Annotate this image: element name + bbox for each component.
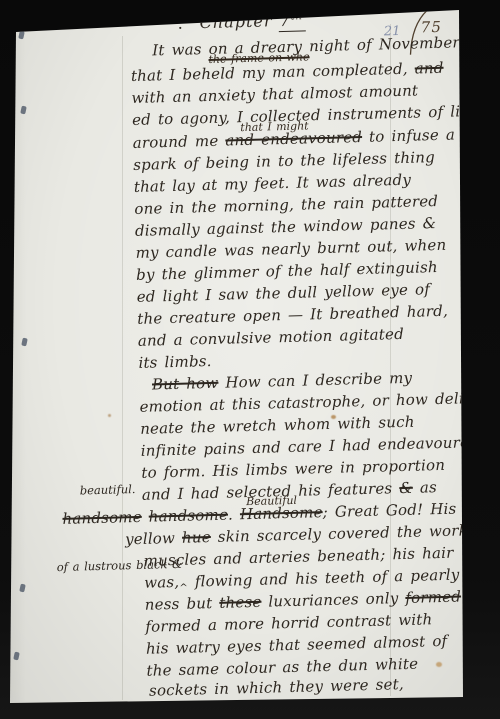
- text-segment: was,: [144, 573, 180, 592]
- deleted-text-segment: formed: [405, 588, 461, 607]
- manuscript-line: muscles and arteries beneath; his hair: [143, 544, 453, 570]
- text-segment: luxuriances only: [261, 589, 405, 611]
- manuscript-line: emotion at this catastrophe, or how deli: [139, 389, 464, 415]
- deleted-text-segment: and endeavoured: [225, 128, 362, 150]
- deleted-text-segment: and: [415, 59, 444, 78]
- text-segment: spark of being in to the lifeless thing: [133, 148, 435, 174]
- manuscript-page: .Chapter 7th 21 75 It was on a dreary ni…: [0, 0, 500, 719]
- manuscript-line: spark of being in to the lifeless thing: [133, 148, 435, 174]
- manuscript-line: one in the morning, the rain pattered: [134, 192, 438, 218]
- text-segment: its limbs.: [138, 352, 212, 372]
- text-segment: to infuse a: [362, 126, 455, 146]
- text-segment: dismally against the window panes &: [135, 214, 437, 240]
- manuscript-text: It was on a dreary night of Novemberthe …: [0, 0, 499, 3]
- margin-note: of a lustrous black &: [57, 557, 183, 574]
- deleted-text-segment: Handsome: [240, 503, 323, 523]
- manuscript-line: sockets in which they were set,: [149, 675, 404, 700]
- text-segment: .: [228, 505, 240, 523]
- deleted-text-segment: these: [219, 593, 262, 612]
- text-segment: muscles and arteries beneath; his hair: [143, 544, 453, 570]
- manuscript-line: dismally against the window panes &: [135, 214, 437, 240]
- text-segment: with an anxiety that almost amount: [131, 81, 418, 106]
- text-segment: that lay at my feet. It was already: [134, 171, 412, 196]
- chapter-number-digit: 7: [279, 11, 291, 30]
- text-segment: beautiful.: [80, 482, 136, 497]
- text-segment: as: [413, 478, 437, 497]
- margin-note: beautiful.: [80, 482, 136, 497]
- deleted-text-segment: hue: [182, 528, 211, 547]
- manuscript-line: But how How can I describe my: [152, 369, 413, 394]
- text-segment: sockets in which they were set,: [149, 675, 404, 700]
- manuscript-line: by the glimmer of the half extinguish: [136, 258, 438, 284]
- text-segment: neate the wretch whom with such: [140, 413, 415, 438]
- text-segment: ^: [179, 583, 188, 594]
- text-segment: around me: [132, 132, 225, 152]
- manuscript-line: that lay at my feet. It was already: [134, 171, 412, 196]
- text-segment: that I beheld my man compleated,: [131, 60, 415, 85]
- chapter-number: 7th: [278, 10, 305, 32]
- text-segment: one in the morning, the rain pattered: [134, 192, 438, 218]
- manuscript-line: to form. His limbs were in proportion: [141, 456, 445, 482]
- photo-background: .Chapter 7th 21 75 It was on a dreary ni…: [0, 0, 500, 719]
- text-segment: emotion at this catastrophe, or how deli: [139, 389, 464, 415]
- manuscript-line: formed a more horrid contrast with: [145, 610, 432, 636]
- manuscript-content: .Chapter 7th 21 75 It was on a dreary ni…: [0, 0, 500, 719]
- text-segment: ed light I saw the dull yellow eye of: [136, 280, 430, 306]
- chapter-ordinal: th: [291, 11, 304, 22]
- text-segment: by the glimmer of the half extinguish: [136, 258, 438, 284]
- manuscript-line: ed light I saw the dull yellow eye of: [136, 280, 430, 306]
- manuscript-line: and a convulsive motion agitated: [138, 325, 404, 350]
- heading-dot: .: [177, 14, 184, 33]
- deleted-text-segment: But how: [152, 374, 219, 394]
- chapter-heading: .Chapter 7th: [177, 10, 305, 32]
- text-segment: skin scarcely covered the work of: [211, 521, 491, 546]
- manuscript-line: his watry eyes that seemed almost of: [146, 632, 448, 658]
- text-segment: ness but: [145, 594, 220, 614]
- chapter-word: Chapter: [199, 11, 272, 32]
- manuscript-line: its limbs.: [138, 352, 212, 372]
- text-segment: formed a more horrid contrast with: [145, 610, 432, 636]
- text-segment: his watry eyes that seemed almost of: [146, 632, 448, 658]
- deleted-text-segment: handsome: [62, 508, 142, 528]
- deleted-text-segment: handsome: [149, 506, 229, 526]
- manuscript-line: neate the wretch whom with such: [140, 413, 415, 438]
- text-segment: ; Great God! His: [322, 500, 456, 521]
- text-segment: How can I describe my: [218, 369, 412, 392]
- text-segment: and a convulsive motion agitated: [138, 325, 404, 350]
- deleted-text-segment: &: [399, 479, 413, 497]
- text-segment: yellow: [125, 529, 182, 548]
- manuscript-line: with an anxiety that almost amount: [131, 81, 418, 106]
- text-segment: to form. His limbs were in proportion: [141, 456, 445, 482]
- text-segment: of a lustrous black &: [57, 557, 183, 574]
